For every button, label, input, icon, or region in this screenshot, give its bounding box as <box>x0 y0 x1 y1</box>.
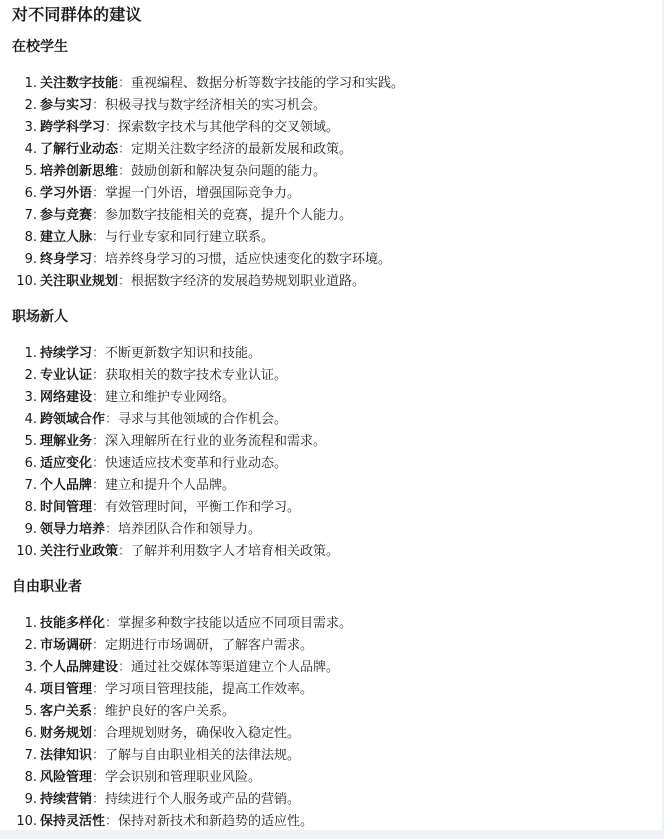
item-keyword: 终身学习 <box>40 252 92 267</box>
list-item: 3.网络建设：建立和维护专业网络。 <box>0 387 660 409</box>
page-title: 对不同群体的建议 <box>12 4 142 26</box>
section-freelancers: 自由职业者 1.技能多样化：掌握多种数字技能以适应不同项目需求。 2.市场调研：… <box>0 577 660 833</box>
item-description: 积极寻找与数字经济相关的实习机会。 <box>105 98 326 113</box>
item-number: 6. <box>0 453 37 475</box>
item-description: 建立和提升个人品牌。 <box>105 478 235 493</box>
item-description: 鼓励创新和解决复杂问题的能力。 <box>131 164 326 179</box>
item-keyword: 建立人脉 <box>40 230 92 245</box>
item-separator: ： <box>105 120 118 135</box>
item-separator: ： <box>105 616 118 631</box>
item-number: 6. <box>0 183 37 205</box>
advice-list: 1.关注数字技能：重视编程、数据分析等数字技能的学习和实践。 2.参与实习：积极… <box>0 73 660 293</box>
item-keyword: 市场调研 <box>40 638 92 653</box>
item-keyword: 财务规划 <box>40 726 92 741</box>
item-separator: ： <box>118 660 131 675</box>
list-item: 6.财务规划：合理规划财务，确保收入稳定性。 <box>0 723 660 745</box>
section-heading: 在校学生 <box>12 37 660 57</box>
list-item: 9.终身学习：培养终身学习的习惯，适应快速变化的数字环境。 <box>0 249 660 271</box>
item-number: 6. <box>0 723 37 745</box>
item-number: 9. <box>0 519 37 541</box>
list-item: 10.关注行业政策：了解并利用数字人才培育相关政策。 <box>0 541 660 563</box>
item-separator: ： <box>92 770 105 785</box>
item-separator: ： <box>118 274 131 289</box>
item-description: 掌握一门外语，增强国际竞争力。 <box>105 186 300 201</box>
item-separator: ： <box>105 814 118 829</box>
list-item: 7.个人品牌：建立和提升个人品牌。 <box>0 475 660 497</box>
section-heading: 自由职业者 <box>12 577 660 597</box>
item-keyword: 专业认证 <box>40 368 92 383</box>
item-description: 参加数字技能相关的竞赛，提升个人能力。 <box>105 208 352 223</box>
item-separator: ： <box>92 478 105 493</box>
item-keyword: 了解行业动态 <box>40 142 118 157</box>
item-description: 寻求与其他领域的合作机会。 <box>118 412 287 427</box>
item-description: 定期关注数字经济的最新发展和政策。 <box>131 142 352 157</box>
item-number: 8. <box>0 767 37 789</box>
item-description: 合理规划财务，确保收入稳定性。 <box>105 726 300 741</box>
item-number: 7. <box>0 205 37 227</box>
item-number: 3. <box>0 117 37 139</box>
list-item: 8.风险管理：学会识别和管理职业风险。 <box>0 767 660 789</box>
item-keyword: 技能多样化 <box>40 616 105 631</box>
item-number: 4. <box>0 139 37 161</box>
bottom-edge <box>0 830 664 839</box>
list-item: 8.建立人脉：与行业专家和同行建立联系。 <box>0 227 660 249</box>
item-description: 学习项目管理技能，提高工作效率。 <box>105 682 313 697</box>
item-keyword: 关注数字技能 <box>40 76 118 91</box>
item-separator: ： <box>105 522 118 537</box>
item-separator: ： <box>92 390 105 405</box>
item-description: 根据数字经济的发展趋势规划职业道路。 <box>131 274 365 289</box>
item-number: 10. <box>0 271 37 293</box>
item-separator: ： <box>118 76 131 91</box>
item-description: 快速适应技术变革和行业动态。 <box>105 456 287 471</box>
item-number: 9. <box>0 789 37 811</box>
item-description: 深入理解所在行业的业务流程和需求。 <box>105 434 326 449</box>
item-description: 持续进行个人服务或产品的营销。 <box>105 792 300 807</box>
item-number: 4. <box>0 409 37 431</box>
list-item: 4.项目管理：学习项目管理技能，提高工作效率。 <box>0 679 660 701</box>
section-new-employees: 职场新人 1.持续学习：不断更新数字知识和技能。 2.专业认证：获取相关的数字技… <box>0 307 660 563</box>
item-separator: ： <box>92 748 105 763</box>
item-number: 1. <box>0 343 37 365</box>
item-separator: ： <box>92 346 105 361</box>
item-description: 维护良好的客户关系。 <box>105 704 235 719</box>
document-page: 对不同群体的建议 在校学生 1.关注数字技能：重视编程、数据分析等数字技能的学习… <box>0 0 664 830</box>
item-number: 7. <box>0 475 37 497</box>
list-item: 5.理解业务：深入理解所在行业的业务流程和需求。 <box>0 431 660 453</box>
list-item: 3.跨学科学习：探索数字技术与其他学科的交叉领域。 <box>0 117 660 139</box>
item-keyword: 项目管理 <box>40 682 92 697</box>
item-description: 了解并利用数字人才培育相关政策。 <box>131 544 339 559</box>
item-description: 培养团队合作和领导力。 <box>118 522 261 537</box>
item-number: 1. <box>0 73 37 95</box>
item-number: 5. <box>0 701 37 723</box>
item-number: 10. <box>0 541 37 563</box>
item-separator: ： <box>92 500 105 515</box>
list-item: 9.持续营销：持续进行个人服务或产品的营销。 <box>0 789 660 811</box>
item-keyword: 个人品牌 <box>40 478 92 493</box>
item-keyword: 持续学习 <box>40 346 92 361</box>
item-description: 获取相关的数字技术专业认证。 <box>105 368 287 383</box>
list-item: 7.参与竞赛：参加数字技能相关的竞赛，提升个人能力。 <box>0 205 660 227</box>
item-separator: ： <box>118 142 131 157</box>
list-item: 9.领导力培养：培养团队合作和领导力。 <box>0 519 660 541</box>
item-number: 3. <box>0 387 37 409</box>
item-number: 2. <box>0 635 37 657</box>
item-keyword: 风险管理 <box>40 770 92 785</box>
item-keyword: 持续营销 <box>40 792 92 807</box>
item-number: 8. <box>0 497 37 519</box>
list-item: 2.专业认证：获取相关的数字技术专业认证。 <box>0 365 660 387</box>
item-description: 不断更新数字知识和技能。 <box>105 346 261 361</box>
item-separator: ： <box>105 412 118 427</box>
list-item: 8.时间管理：有效管理时间，平衡工作和学习。 <box>0 497 660 519</box>
item-number: 7. <box>0 745 37 767</box>
item-description: 重视编程、数据分析等数字技能的学习和实践。 <box>131 76 404 91</box>
item-description: 掌握多种数字技能以适应不同项目需求。 <box>118 616 352 631</box>
item-separator: ： <box>92 682 105 697</box>
list-item: 1.关注数字技能：重视编程、数据分析等数字技能的学习和实践。 <box>0 73 660 95</box>
item-description: 了解与自由职业相关的法律法规。 <box>105 748 300 763</box>
item-number: 9. <box>0 249 37 271</box>
list-item: 5.培养创新思维：鼓励创新和解决复杂问题的能力。 <box>0 161 660 183</box>
item-separator: ： <box>92 434 105 449</box>
item-keyword: 学习外语 <box>40 186 92 201</box>
item-separator: ： <box>118 164 131 179</box>
item-description: 通过社交媒体等渠道建立个人品牌。 <box>131 660 339 675</box>
item-keyword: 关注职业规划 <box>40 274 118 289</box>
item-keyword: 适应变化 <box>40 456 92 471</box>
item-description: 定期进行市场调研，了解客户需求。 <box>105 638 313 653</box>
advice-list: 1.持续学习：不断更新数字知识和技能。 2.专业认证：获取相关的数字技术专业认证… <box>0 343 660 563</box>
list-item: 4.了解行业动态：定期关注数字经济的最新发展和政策。 <box>0 139 660 161</box>
item-keyword: 个人品牌建设 <box>40 660 118 675</box>
item-separator: ： <box>118 544 131 559</box>
item-number: 5. <box>0 431 37 453</box>
item-description: 保持对新技术和新趋势的适应性。 <box>118 814 313 829</box>
item-keyword: 客户关系 <box>40 704 92 719</box>
item-number: 5. <box>0 161 37 183</box>
item-keyword: 跨领域合作 <box>40 412 105 427</box>
item-number: 2. <box>0 95 37 117</box>
list-item: 1.持续学习：不断更新数字知识和技能。 <box>0 343 660 365</box>
item-keyword: 参与竞赛 <box>40 208 92 223</box>
list-item: 7.法律知识：了解与自由职业相关的法律法规。 <box>0 745 660 767</box>
item-description: 学会识别和管理职业风险。 <box>105 770 261 785</box>
item-keyword: 参与实习 <box>40 98 92 113</box>
item-description: 有效管理时间，平衡工作和学习。 <box>105 500 300 515</box>
section-heading: 职场新人 <box>12 307 660 327</box>
item-description: 探索数字技术与其他学科的交叉领域。 <box>118 120 339 135</box>
item-keyword: 跨学科学习 <box>40 120 105 135</box>
item-keyword: 时间管理 <box>40 500 92 515</box>
item-keyword: 关注行业政策 <box>40 544 118 559</box>
item-number: 3. <box>0 657 37 679</box>
item-number: 8. <box>0 227 37 249</box>
list-item: 6.学习外语：掌握一门外语，增强国际竞争力。 <box>0 183 660 205</box>
item-keyword: 网络建设 <box>40 390 92 405</box>
item-separator: ： <box>92 792 105 807</box>
item-separator: ： <box>92 638 105 653</box>
item-separator: ： <box>92 98 105 113</box>
item-number: 2. <box>0 365 37 387</box>
item-separator: ： <box>92 456 105 471</box>
list-item: 1.技能多样化：掌握多种数字技能以适应不同项目需求。 <box>0 613 660 635</box>
item-separator: ： <box>92 726 105 741</box>
item-keyword: 领导力培养 <box>40 522 105 537</box>
advice-list: 1.技能多样化：掌握多种数字技能以适应不同项目需求。 2.市场调研：定期进行市场… <box>0 613 660 833</box>
item-separator: ： <box>92 230 105 245</box>
item-separator: ： <box>92 186 105 201</box>
list-item: 5.客户关系：维护良好的客户关系。 <box>0 701 660 723</box>
item-number: 4. <box>0 679 37 701</box>
list-item: 3.个人品牌建设：通过社交媒体等渠道建立个人品牌。 <box>0 657 660 679</box>
item-description: 建立和维护专业网络。 <box>105 390 235 405</box>
section-students: 在校学生 1.关注数字技能：重视编程、数据分析等数字技能的学习和实践。 2.参与… <box>0 37 660 293</box>
list-item: 6.适应变化：快速适应技术变革和行业动态。 <box>0 453 660 475</box>
item-number: 1. <box>0 613 37 635</box>
list-item: 2.参与实习：积极寻找与数字经济相关的实习机会。 <box>0 95 660 117</box>
item-keyword: 保持灵活性 <box>40 814 105 829</box>
item-separator: ： <box>92 368 105 383</box>
item-keyword: 理解业务 <box>40 434 92 449</box>
list-item: 10.关注职业规划：根据数字经济的发展趋势规划职业道路。 <box>0 271 660 293</box>
item-description: 与行业专家和同行建立联系。 <box>105 230 274 245</box>
item-separator: ： <box>92 252 105 267</box>
item-keyword: 法律知识 <box>40 748 92 763</box>
item-separator: ： <box>92 704 105 719</box>
list-item: 2.市场调研：定期进行市场调研，了解客户需求。 <box>0 635 660 657</box>
item-description: 培养终身学习的习惯，适应快速变化的数字环境。 <box>105 252 391 267</box>
item-keyword: 培养创新思维 <box>40 164 118 179</box>
list-item: 4.跨领域合作：寻求与其他领域的合作机会。 <box>0 409 660 431</box>
item-separator: ： <box>92 208 105 223</box>
